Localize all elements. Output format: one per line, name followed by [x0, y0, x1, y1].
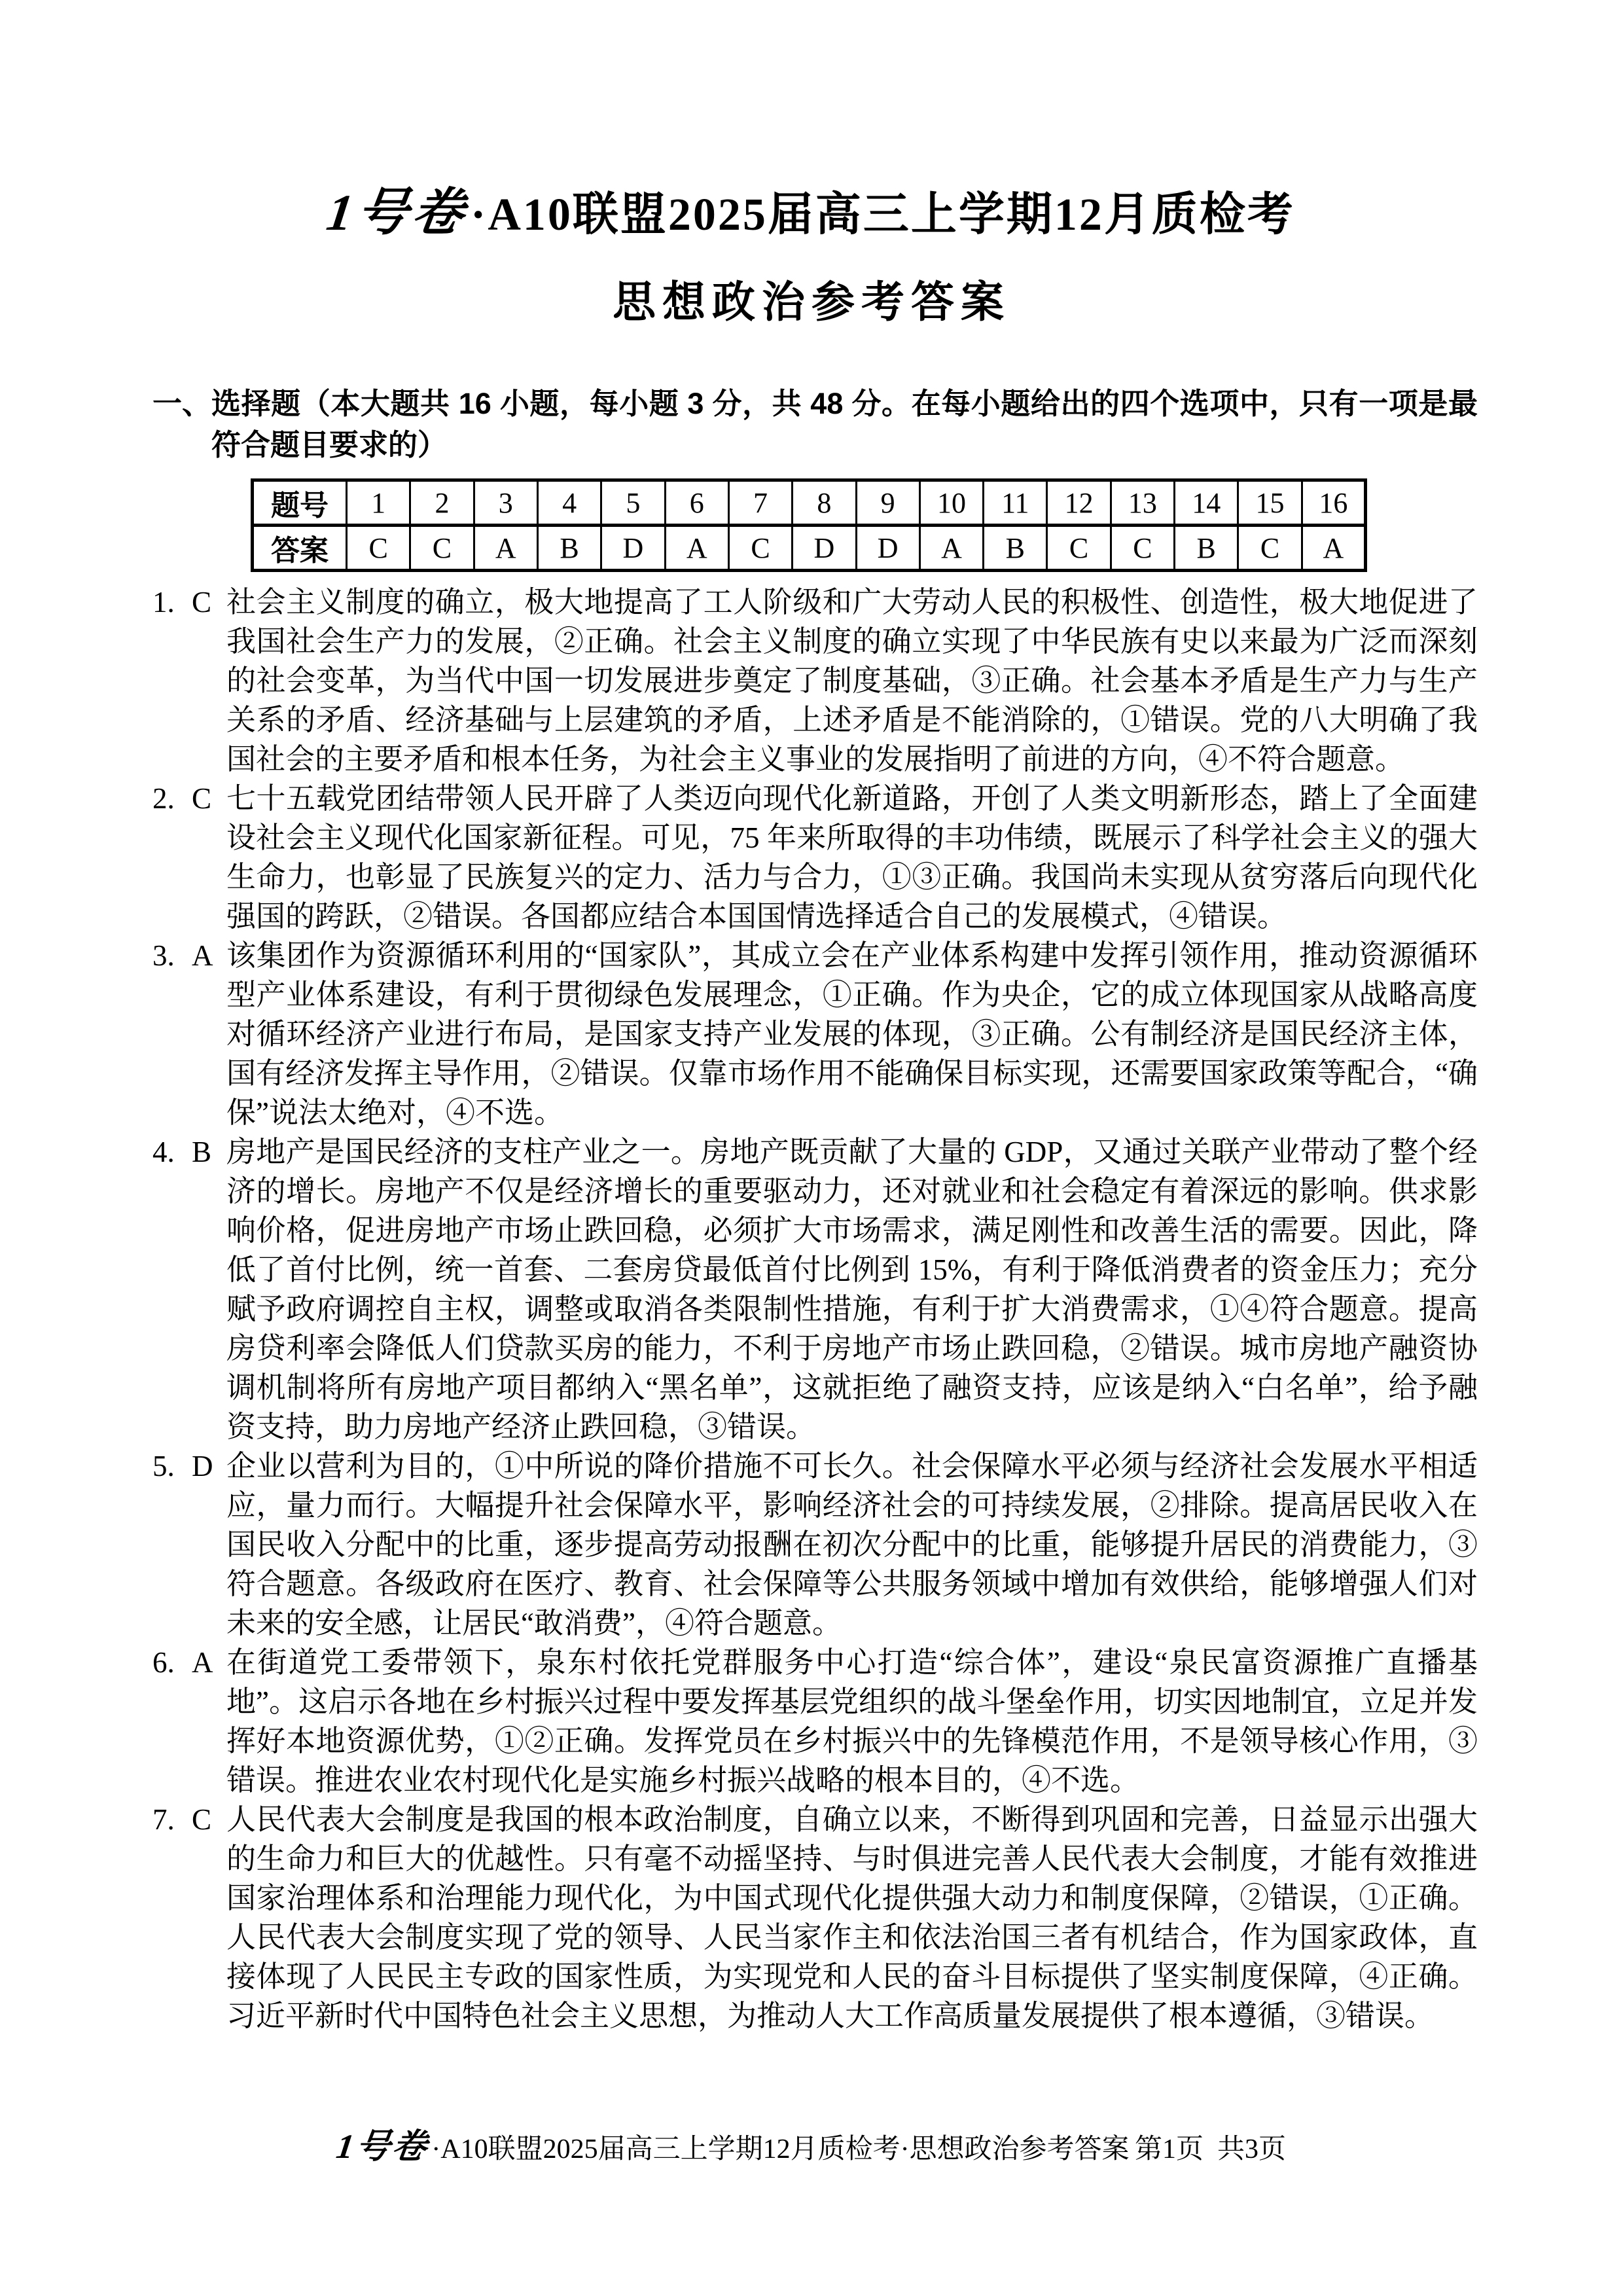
question-number-cell: 2 — [410, 480, 474, 526]
answer-letter-cell: C — [1111, 526, 1174, 571]
question-number-cell: 1 — [347, 480, 410, 526]
explanation-text: 在街道党工委带领下，泉东村依托党群服务中心打造“综合体”，建设“泉民富资源推广直… — [226, 1643, 1478, 1800]
page-footer: 1号卷·A10联盟2025届高三上学期12月质检考·思想政治参考答案 第1页 共… — [0, 2119, 1623, 2168]
explanation-item: 1.C社会主义制度的确立，极大地提高了工人阶级和广大劳动人民的积极性、创造性，极… — [152, 583, 1478, 779]
question-number: 2. — [152, 779, 192, 936]
answer-letter-cell: B — [1175, 526, 1238, 571]
question-number-cell: 3 — [474, 480, 537, 526]
explanation-item: 4.B房地产是国民经济的支柱产业之一。房地产既贡献了大量的 GDP，又通过关联产… — [152, 1132, 1478, 1446]
explanation-label: 2.C — [152, 779, 226, 936]
table-row-header: 答案 — [253, 526, 347, 571]
footer-page-total: 共3页 — [1217, 2134, 1286, 2164]
answer-letter: A — [192, 936, 226, 1132]
answer-letter-cell: A — [1302, 526, 1365, 571]
explanation-label: 3.A — [152, 936, 226, 1132]
question-number-cell: 4 — [537, 480, 601, 526]
explanation-text: 社会主义制度的确立，极大地提高了工人阶级和广大劳动人民的积极性、创造性，极大地促… — [226, 583, 1478, 779]
answer-letter-cell: A — [919, 526, 983, 571]
question-number-cell: 16 — [1302, 480, 1365, 526]
answer-letter-cell: C — [1047, 526, 1111, 571]
question-number-cell: 7 — [728, 480, 792, 526]
explanation-label: 1.C — [152, 583, 226, 779]
answer-letter-cell: D — [856, 526, 919, 571]
question-number: 6. — [152, 1643, 192, 1800]
answer-letter-cell: D — [601, 526, 665, 571]
section-1-label: 一、 — [152, 383, 211, 465]
question-number-cell: 11 — [984, 480, 1047, 526]
answer-letter-cell: A — [665, 526, 728, 571]
answer-letter: C — [192, 1800, 226, 2036]
explanation-text: 房地产是国民经济的支柱产业之一。房地产既贡献了大量的 GDP，又通过关联产业带动… — [226, 1132, 1478, 1446]
explanation-item: 5.D企业以营利为目的，①中所说的降价措施不可长久。社会保障水平必须与经济社会发… — [152, 1446, 1478, 1643]
answer-letter: C — [192, 583, 226, 779]
table-row-header: 题号 — [253, 480, 347, 526]
answer-table: 题号12345678910111213141516答案CCABDACDDABCC… — [251, 478, 1367, 572]
answer-letter: D — [192, 1446, 226, 1643]
answer-letter-cell: C — [410, 526, 474, 571]
content-column: 一、 选择题（本大题共 16 小题，每小题 3 分，共 48 分。在每小题给出的… — [152, 383, 1478, 2036]
exam-title: 1号卷·A10联盟2025届高三上学期12月质检考 — [0, 171, 1623, 245]
explanation-item: 7.C人民代表大会制度是我国的根本政治制度，自确立以来，不断得到巩固和完善，日益… — [152, 1800, 1478, 2036]
question-number-cell: 6 — [665, 480, 728, 526]
explanation-label: 5.D — [152, 1446, 226, 1643]
question-number-cell: 12 — [1047, 480, 1111, 526]
explanation-item: 2.C七十五载党团结带领人民开辟了人类迈向现代化新道路，开创了人类文明新形态，踏… — [152, 779, 1478, 936]
question-number: 7. — [152, 1800, 192, 2036]
footer-text: ·A10联盟2025届高三上学期12月质检考·思想政治参考答案 — [431, 2134, 1129, 2164]
explanation-text: 该集团作为资源循环利用的“国家队”，其成立会在产业体系构建中发挥引领作用，推动资… — [226, 936, 1478, 1132]
question-number-cell: 13 — [1111, 480, 1174, 526]
footer-page-number: 第1页 — [1135, 2134, 1204, 2164]
question-number: 4. — [152, 1132, 192, 1446]
question-number-cell: 14 — [1175, 480, 1238, 526]
question-number-cell: 5 — [601, 480, 665, 526]
explanation-list: 1.C社会主义制度的确立，极大地提高了工人阶级和广大劳动人民的积极性、创造性，极… — [152, 583, 1478, 2036]
question-number-cell: 9 — [856, 480, 919, 526]
section-1-heading: 一、 选择题（本大题共 16 小题，每小题 3 分，共 48 分。在每小题给出的… — [152, 383, 1478, 465]
explanation-text: 人民代表大会制度是我国的根本政治制度，自确立以来，不断得到巩固和完善，日益显示出… — [226, 1800, 1478, 2036]
question-number-cell: 8 — [793, 480, 856, 526]
title-block: 1号卷·A10联盟2025届高三上学期12月质检考 思想政治参考答案 — [0, 171, 1623, 329]
explanation-label: 6.A — [152, 1643, 226, 1800]
answer-letter-cell: A — [474, 526, 537, 571]
subject-subtitle: 思想政治参考答案 — [0, 267, 1623, 329]
explanation-text: 七十五载党团结带领人民开辟了人类迈向现代化新道路，开创了人类文明新形态，踏上了全… — [226, 779, 1478, 936]
answer-letter-cell: C — [728, 526, 792, 571]
explanation-label: 4.B — [152, 1132, 226, 1446]
exam-title-text: ·A10联盟2025届高三上学期12月质检考 — [471, 190, 1295, 240]
question-number-cell: 10 — [919, 480, 983, 526]
explanation-label: 7.C — [152, 1800, 226, 2036]
section-1-text: 选择题（本大题共 16 小题，每小题 3 分，共 48 分。在每小题给出的四个选… — [211, 383, 1478, 465]
answer-letter-cell: D — [793, 526, 856, 571]
answer-letter-cell: C — [1238, 526, 1302, 571]
answer-key-page: 1号卷·A10联盟2025届高三上学期12月质检考 思想政治参考答案 一、 选择… — [0, 0, 1623, 2296]
question-number: 1. — [152, 583, 192, 779]
question-number: 3. — [152, 936, 192, 1132]
brand-logo: 1号卷 — [323, 171, 473, 245]
footer-brand-logo: 1号卷 — [334, 2119, 433, 2168]
explanation-item: 3.A该集团作为资源循环利用的“国家队”，其成立会在产业体系构建中发挥引领作用，… — [152, 936, 1478, 1132]
answer-letter: B — [192, 1132, 226, 1446]
answer-letter: A — [192, 1643, 226, 1800]
answer-letter: C — [192, 779, 226, 936]
explanation-text: 企业以营利为目的，①中所说的降价措施不可长久。社会保障水平必须与经济社会发展水平… — [226, 1446, 1478, 1643]
answer-letter-cell: C — [347, 526, 410, 571]
answer-letter-cell: B — [984, 526, 1047, 571]
question-number: 5. — [152, 1446, 192, 1643]
explanation-item: 6.A在街道党工委带领下，泉东村依托党群服务中心打造“综合体”，建设“泉民富资源… — [152, 1643, 1478, 1800]
question-number-cell: 15 — [1238, 480, 1302, 526]
answer-letter-cell: B — [537, 526, 601, 571]
